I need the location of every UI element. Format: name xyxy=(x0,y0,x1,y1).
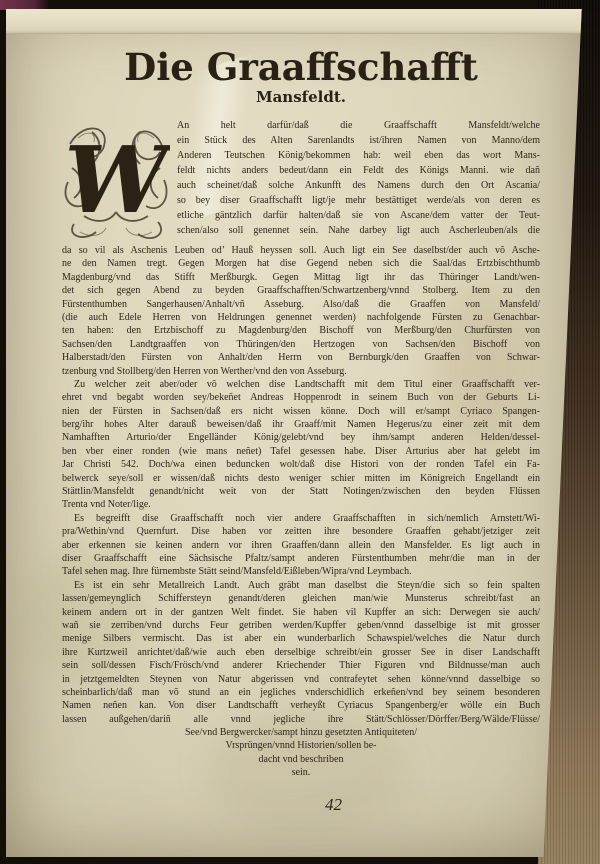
text-line: feldt nichts anders bedeut/dann ein Feld… xyxy=(177,163,540,178)
text-line: berg/ihr hohes Alter darauß beweisen/daß… xyxy=(62,418,540,431)
page-subtitle: Mansfeldt. xyxy=(62,88,540,106)
text-line: keinem andern ort in der gantzen Welt fi… xyxy=(62,606,540,619)
text-line: ten haben: den Ertzbischoff zu Magdenbur… xyxy=(62,324,540,337)
photograph-of-book-page: { "page": { "title": "Die Graaffschafft"… xyxy=(0,0,600,864)
text-line: det sich gegen Abend zu beyden Graaffsch… xyxy=(62,284,540,297)
text-line: ihre Kurtzweil anrichtet/daß/wie auch eb… xyxy=(62,646,540,659)
text-line: Namen neñen kan. Von diser Landtschafft … xyxy=(62,699,540,712)
text-line: ehret vnd begabt worden sey/bekeñet Andr… xyxy=(62,391,540,404)
text-line: Es ist ein sehr Metallreich Landt. Auch … xyxy=(62,579,540,592)
body-text: W An helt darfür/daß die Graaffschafft M… xyxy=(62,118,540,780)
text-line: tzenburg vnd Stollberg/den Herren von We… xyxy=(62,365,540,378)
book-page: Die Graaffschafft Mansfeldt. xyxy=(6,9,584,857)
text-line: ein Stück des Alten Sarenlandts ist/ihre… xyxy=(177,133,540,148)
woodcut-initial-w: W xyxy=(62,120,170,242)
text-line: in jetztgemeldten Steynen von Natur abge… xyxy=(62,673,540,686)
main-lines: da so vil als Aschenis Leuben od’ Hauß h… xyxy=(62,244,540,780)
svg-text:W: W xyxy=(64,126,170,234)
printed-area: Die Graaffschafft Mansfeldt. xyxy=(62,47,540,780)
text-line: Zu welcher zeit aber/oder võ welchen dis… xyxy=(62,378,540,391)
text-line: Anderen Teutschen König/bekommen hab: we… xyxy=(177,148,540,163)
text-line: Namhafften Arturio/der Engelländer König… xyxy=(62,431,540,444)
text-line: Sachsen/den Landtgraaffen von Thüringen/… xyxy=(62,338,540,351)
text-line: schen/also soll genennet sein. Nahe darb… xyxy=(177,223,540,238)
text-line: Trenta vnd Noter/lige. xyxy=(62,498,540,511)
text-line: Halberstadt/den Fürsten von Anhalt/den H… xyxy=(62,351,540,364)
text-line: menige Silbers vermischt. Das ist aber e… xyxy=(62,632,540,645)
text-line: sein soll/dessen Fisch/Frösch/vnd andere… xyxy=(62,659,540,672)
text-line: da so vil als Aschenis Leuben od’ Hauß h… xyxy=(62,244,540,257)
text-line: Jar Christi 542. Doch/wa einen beduncken… xyxy=(62,458,540,471)
text-line: pra/Wethin/vnd Quernfurt. Dise haben vor… xyxy=(62,525,540,538)
text-line: belwerck seye/soll er wissen/daß nichts … xyxy=(62,472,540,485)
text-line: Fürstenthumben Sangerhausen/Anhalt/vñ As… xyxy=(62,298,540,311)
text-line: (die auch Edele Herren von Heldrungen ge… xyxy=(62,311,540,324)
text-line: wañ sie zerriben/vnd durchs Feur getribe… xyxy=(62,619,540,632)
page-number: 42 xyxy=(325,795,342,815)
text-line: so bey diser Graaffschafft ligt/je mehr … xyxy=(177,193,540,208)
text-line: Tafel sehen mag. Ihre fürnembste Stätt s… xyxy=(62,565,540,578)
binding-red-edge xyxy=(0,0,48,10)
text-line: Vrsprüngen/vnnd Historien/sollen be- xyxy=(62,739,540,752)
text-line: Magdenburg/vnd das Stifft Merßburgk. Geg… xyxy=(62,271,540,284)
text-line: sein. xyxy=(62,766,540,779)
page-top-fold xyxy=(6,9,584,34)
text-line: See/vnd Bergwercker/sampt hinzu gesetzte… xyxy=(62,726,540,739)
text-line: lassen außgehen/dariñ alle vnnd jegliche… xyxy=(62,713,540,726)
text-line: dacht vnd beschriben xyxy=(62,753,540,766)
text-line: aber erkennen sie keinen andern vor ihre… xyxy=(62,539,540,552)
page-title: Die Graaffschafft xyxy=(62,47,540,87)
text-line: Stättlin/Mansfeldt genandt/nicht weit vo… xyxy=(62,485,540,498)
text-line: nien der Fürsten in Sachsen/daß ers nich… xyxy=(62,405,540,418)
text-line: ne den Namen tregt. Gegen Morgen hat dis… xyxy=(62,257,540,270)
text-line: lassen/gemeynglich Schiffersteyn genandt… xyxy=(62,592,540,605)
text-line: auch scheinet/daß solche Ankunfft des Na… xyxy=(177,178,540,193)
text-line: Es begreifft dise Graaffschafft noch vie… xyxy=(62,512,540,525)
text-line: scheinbarlich/daß man võ stund an ein je… xyxy=(62,686,540,699)
text-line: etliche gäntzlich darfür halten/daß sie … xyxy=(177,208,540,223)
text-line: ben vber einer ronden (wie mans neñet) T… xyxy=(62,445,540,458)
text-line: An helt darfür/daß die Graaffschafft Man… xyxy=(177,118,540,133)
text-line: diser Graaffschafft eine Sächsische Pfal… xyxy=(62,552,540,565)
